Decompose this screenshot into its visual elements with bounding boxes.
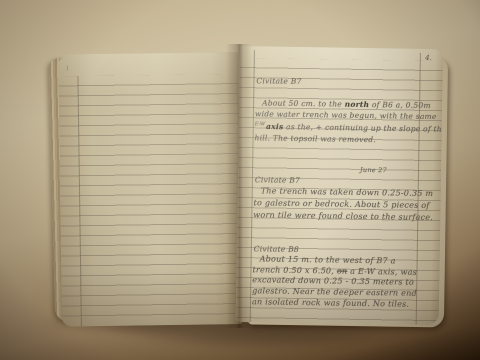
overwritten-word: north: [345, 100, 370, 109]
entry-heading: Civitate B7: [256, 76, 301, 86]
entry-heading: Civitate B7: [255, 175, 300, 185]
entry-heading: Civitate B8: [254, 244, 299, 254]
text-segment: About 50 cm. to the: [262, 98, 345, 108]
entry-paragraph: About 50 cm. to the north of B6 a, 0.50m…: [254, 97, 435, 145]
page-number: 4.: [425, 54, 432, 62]
entry-paragraph: The trench was taken down 0.25-0.35 m to…: [253, 185, 434, 224]
page-corner-mark: l: [66, 65, 68, 72]
left-page: l: [58, 52, 242, 326]
text-segment: of B6 a, 0.50m: [369, 100, 431, 110]
text-segment: trench 0.50 x 6.50,: [252, 265, 337, 275]
right-page: 4. Civitate B7 About 50 cm. to the north…: [236, 46, 443, 325]
entry-date: June 27: [360, 166, 387, 174]
text-segment: as the, + continuing up the slope of the: [283, 122, 443, 134]
entry-paragraph: About 15 m. to the west of B7 a trench 0…: [252, 254, 433, 310]
struck-word: on: [337, 266, 348, 275]
text-segment: a E-W axis, was: [347, 266, 417, 276]
ruled-lines-left: [58, 74, 241, 324]
overwritten-word: axis: [266, 122, 284, 131]
table-surface: l 4. Civitate B7 About 50 cm. to the nor…: [0, 0, 480, 360]
inserted-word: E-W: [255, 121, 265, 127]
